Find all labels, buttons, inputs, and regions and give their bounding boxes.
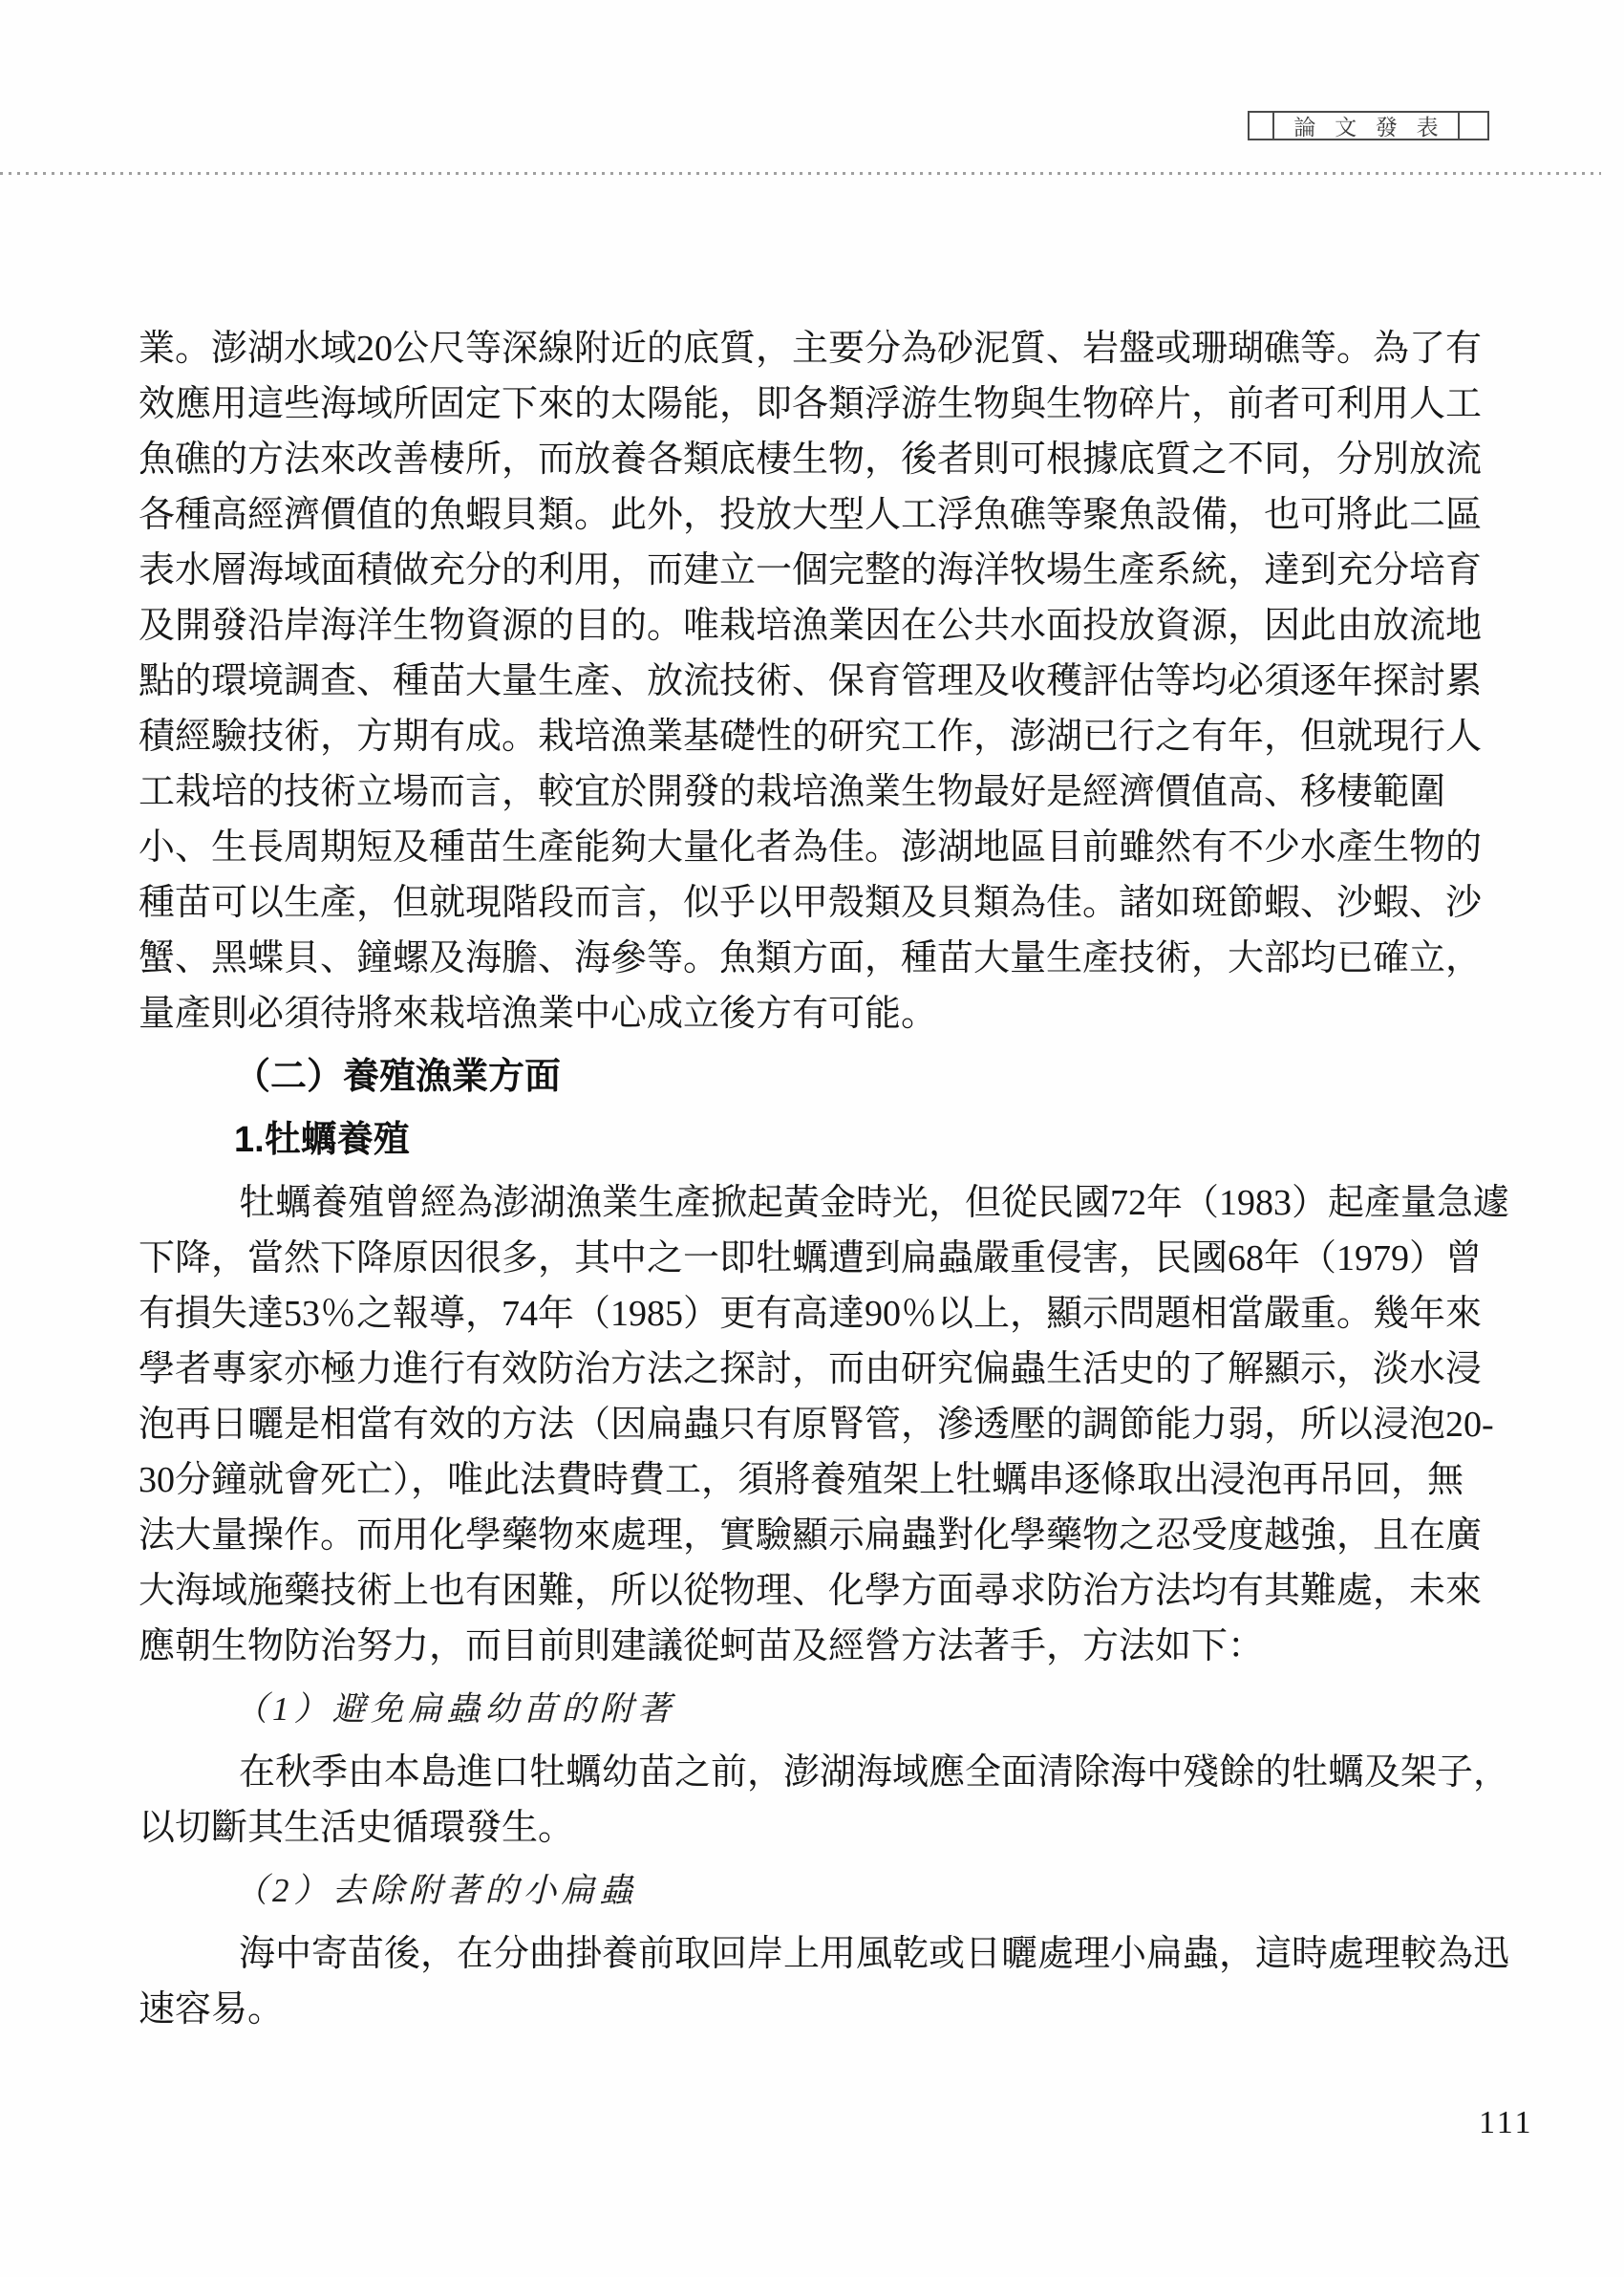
text-line: 蟹、黑蝶貝、鐘螺及海膽、海參等。魚類方面，種苗大量生產技術，大部均已確立， [139,931,1423,986]
text-line: 速容易。 [139,1982,1423,2037]
text-line: 學者專家亦極力進行有效防治方法之探討，而由研究偏蟲生活史的了解顯示，淡水浸 [139,1342,1423,1397]
text-line: 積經驗技術，方期有成。栽培漁業基礎性的研究工作，澎湖已行之有年，但就現行人 [139,709,1423,764]
text-line: 表水層海域面積做充分的利用，而建立一個完整的海洋牧場生產系統，達到充分培育 [139,543,1423,598]
text-line: 牡蠣養殖曾經為澎湖漁業生產掀起黃金時光，但從民國72年（1983）起產量急遽 [139,1175,1423,1231]
text-line: 大海域施藥技術上也有困難，所以從物理、化學方面尋求防治方法均有其難處，未來 [139,1563,1423,1619]
document-page: 論 文 發 表 業。澎湖水域20公尺等深線附近的底質，主要分為砂泥質、岩盤或珊瑚… [0,0,1624,2277]
text-line: 魚礁的方法來改善棲所，而放養各類底棲生物，後者則可根據底質之不同，分別放流 [139,432,1423,487]
text-line: 有損失達53％之報導，74年（1985）更有高達90％以上，顯示問題相當嚴重。幾… [139,1286,1423,1342]
text-line: 種苗可以生產，但就現階段而言，似乎以甲殼類及貝類為佳。諸如斑節蝦、沙蝦、沙 [139,875,1423,931]
text-line: 業。澎湖水域20公尺等深線附近的底質，主要分為砂泥質、岩盤或珊瑚礁等。為了有 [139,321,1423,376]
body-text: 業。澎湖水域20公尺等深線附近的底質，主要分為砂泥質、岩盤或珊瑚礁等。為了有 效… [139,321,1423,2037]
text-line: 點的環境調查、種苗大量生產、放流技術、保育管理及收穫評估等均必須逐年探討累 [139,654,1423,709]
paragraph: 牡蠣養殖曾經為澎湖漁業生產掀起黃金時光，但從民國72年（1983）起產量急遽 下… [139,1175,1423,1674]
paragraph-continuation: 業。澎湖水域20公尺等深線附近的底質，主要分為砂泥質、岩盤或珊瑚礁等。為了有 效… [139,321,1423,1042]
header-box-left-rule [1250,113,1274,139]
text-line: 以切斷其生活史循環發生。 [139,1800,1423,1856]
text-line: 30分鐘就會死亡），唯此法費時費工，須將養殖架上牡蠣串逐條取出浸泡再吊回，無 [139,1452,1423,1508]
paragraph: 在秋季由本島進口牡蠣幼苗之前，澎湖海域應全面清除海中殘餘的牡蠣及架子， 以切斷其… [139,1745,1423,1856]
subsection-heading: 1.牡蠣養殖 [139,1112,1423,1168]
text-line: 工栽培的技術立場而言，較宜於開發的栽培漁業生物最好是經濟價值高、移棲範圍 [139,764,1423,820]
item-heading: （1）避免扁蟲幼苗的附著 [139,1682,1423,1737]
text-line: 應朝生物防治努力，而目前則建議從蚵苗及經營方法著手，方法如下： [139,1619,1423,1674]
text-line: 法大量操作。而用化學藥物來處理，實驗顯示扁蟲對化學藥物之忍受度越強，且在廣 [139,1508,1423,1563]
header-title: 論 文 發 表 [1274,113,1458,139]
text-line: 量產則必須待將來栽培漁業中心成立後方有可能。 [139,986,1423,1042]
page-number: 111 [1479,2105,1533,2141]
text-line: 及開發沿岸海洋生物資源的目的。唯栽培漁業因在公共水面投放資源，因此由放流地 [139,598,1423,654]
section-heading: （二）養殖漁業方面 [139,1049,1423,1105]
text-line: 各種高經濟價值的魚蝦貝類。此外，投放大型人工浮魚礁等聚魚設備，也可將此二區 [139,487,1423,543]
dotted-divider [0,172,1601,175]
item-heading: （2）去除附著的小扁蟲 [139,1863,1423,1919]
text-line: 小、生長周期短及種苗生產能夠大量化者為佳。澎湖地區目前雖然有不少水產生物的 [139,820,1423,875]
text-line: 效應用這些海域所固定下來的太陽能，即各類浮游生物與生物碎片，前者可利用人工 [139,376,1423,432]
text-line: 在秋季由本島進口牡蠣幼苗之前，澎湖海域應全面清除海中殘餘的牡蠣及架子， [139,1745,1423,1800]
header-title-box: 論 文 發 表 [1248,111,1489,140]
text-line: 下降，當然下降原因很多，其中之一即牡蠣遭到扁蟲嚴重侵害，民國68年（1979）曾 [139,1231,1423,1286]
paragraph: 海中寄苗後，在分曲掛養前取回岸上用風乾或日曬處理小扁蟲，這時處理較為迅 速容易。 [139,1926,1423,2037]
header-box-right-rule [1458,113,1487,139]
text-line: 泡再日曬是相當有效的方法（因扁蟲只有原腎管，滲透壓的調節能力弱，所以浸泡20- [139,1397,1423,1452]
text-line: 海中寄苗後，在分曲掛養前取回岸上用風乾或日曬處理小扁蟲，這時處理較為迅 [139,1926,1423,1982]
